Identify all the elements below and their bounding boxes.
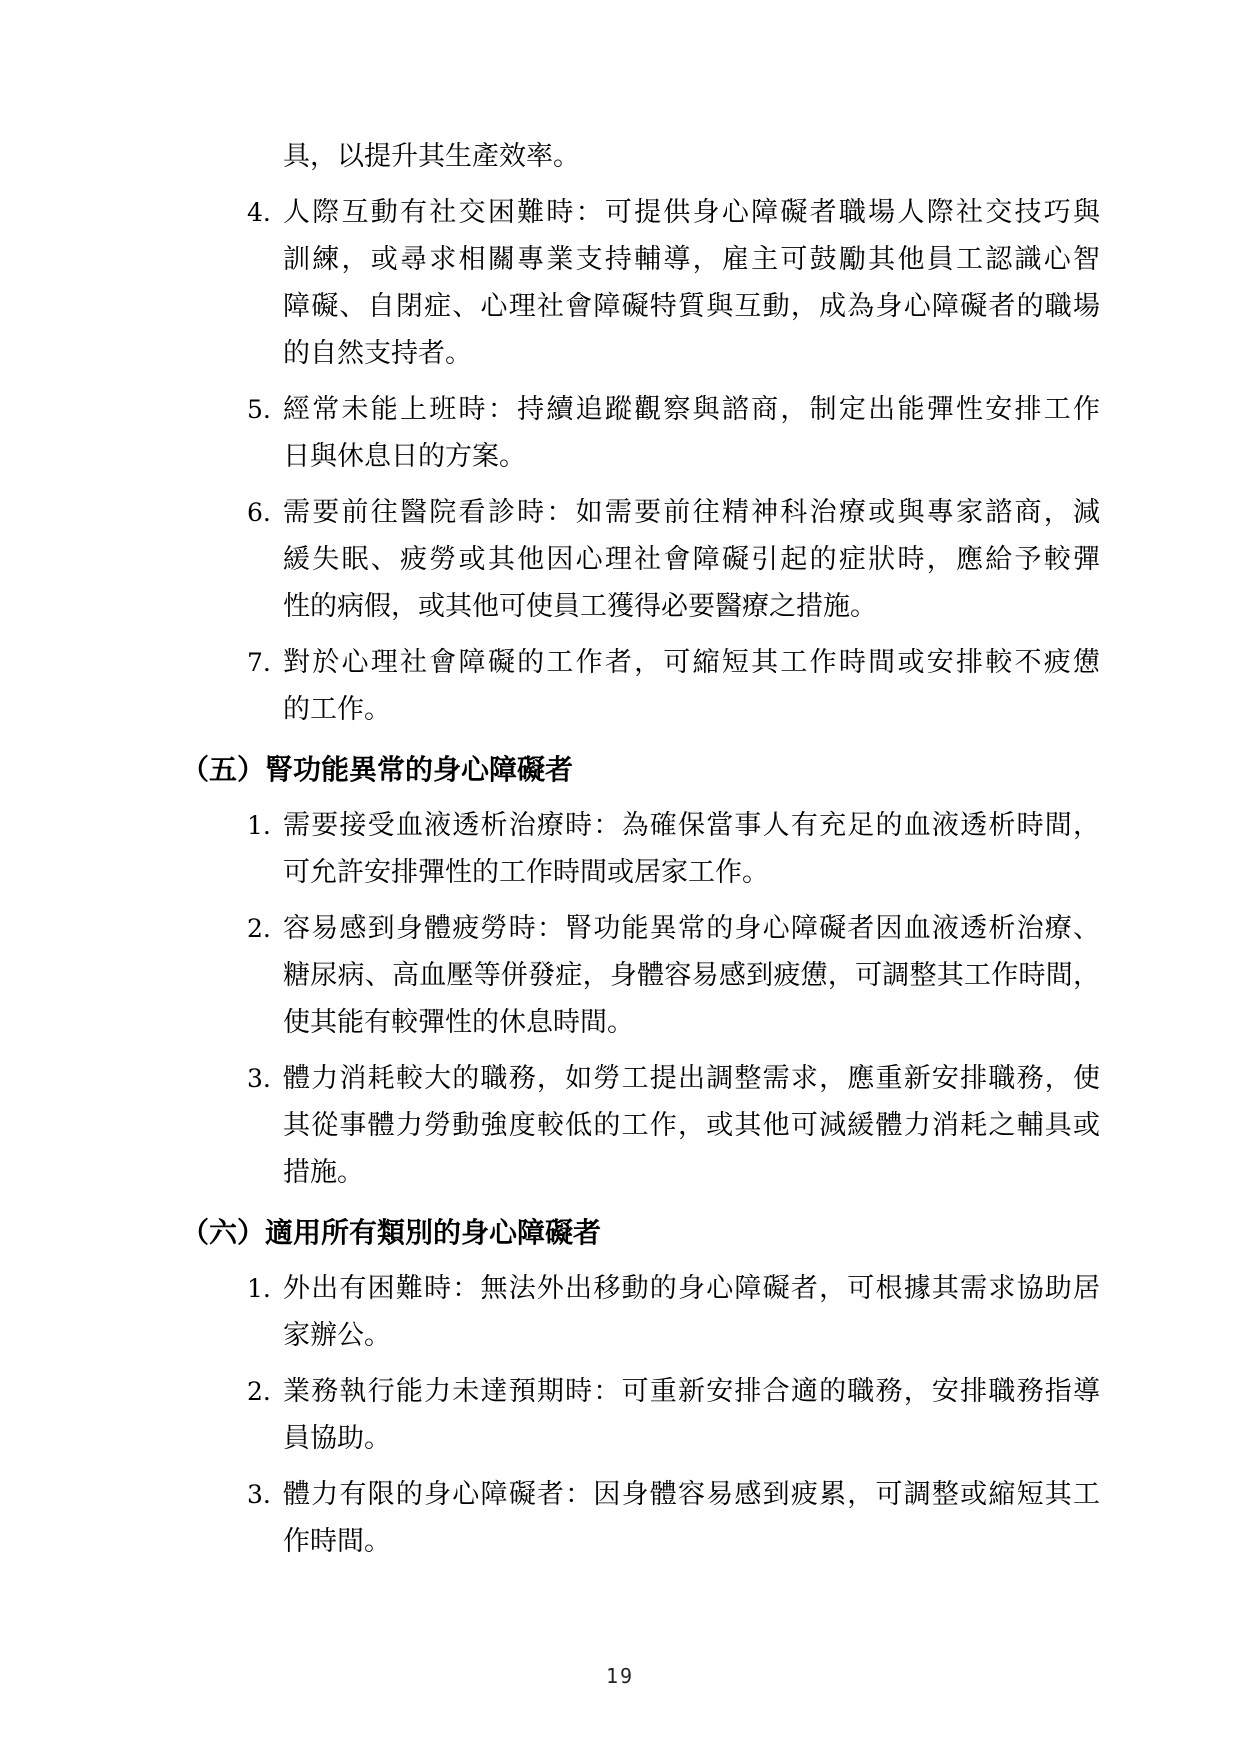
item-line: 訓練，或尋求相關專業支持輔導，雇主可鼓勵其他員工認識心智: [283, 236, 1100, 283]
heading-title: 腎功能異常的身心障礙者: [265, 753, 573, 786]
item-line: 使其能有較彈性的休息時間。: [283, 999, 1100, 1046]
item-number: 3.: [247, 1471, 283, 1518]
item-line: 經常未能上班時：持續追蹤觀察與諮商，制定出能彈性安排工作: [283, 386, 1100, 433]
item-line: 需要接受血液透析治療時：為確保當事人有充足的血液透析時間，: [283, 802, 1100, 849]
item-line: 容易感到身體疲勞時：腎功能異常的身心障礙者因血液透析治療、: [283, 905, 1100, 952]
list-item-6-3: 3. 體力有限的身心障礙者：因身體容易感到疲累，可調整或縮短其工 作時間。: [283, 1471, 1100, 1565]
paragraph-line: 具，以提升其生產效率。: [283, 133, 1100, 180]
item-line: 外出有困難時：無法外出移動的身心障礙者，可根據其需求協助居: [283, 1265, 1100, 1312]
item-line: 性的病假，或其他可使員工獲得必要醫療之措施。: [283, 583, 1100, 630]
item-number: 5.: [247, 386, 283, 433]
item-line: 措施。: [283, 1149, 1100, 1196]
heading-title: 適用所有類別的身心障礙者: [265, 1216, 601, 1249]
item-line: 體力消耗較大的職務，如勞工提出調整需求，應重新安排職務，使: [283, 1055, 1100, 1102]
document-page: 具，以提升其生產效率。 4. 人際互動有社交困難時：可提供身心障礙者職場人際社交…: [0, 0, 1240, 1755]
paragraph-continuation: 具，以提升其生產效率。: [283, 133, 1100, 180]
item-line: 對於心理社會障礙的工作者，可縮短其工作時間或安排較不疲憊: [283, 639, 1100, 686]
list-item-5: 5. 經常未能上班時：持續追蹤觀察與諮商，制定出能彈性安排工作 日與休息日的方案…: [283, 386, 1100, 480]
item-line: 糖尿病、高血壓等併發症，身體容易感到疲憊，可調整其工作時間，: [283, 952, 1100, 999]
list-item-5-2: 2. 容易感到身體疲勞時：腎功能異常的身心障礙者因血液透析治療、 糖尿病、高血壓…: [283, 905, 1100, 1046]
item-number: 4.: [247, 189, 283, 236]
item-number: 6.: [247, 489, 283, 536]
list-item-6-2: 2. 業務執行能力未達預期時：可重新安排合適的職務，安排職務指導 員協助。: [283, 1368, 1100, 1462]
item-line: 日與休息日的方案。: [283, 433, 1100, 480]
item-line: 可允許安排彈性的工作時間或居家工作。: [283, 849, 1100, 896]
item-number: 2.: [247, 905, 283, 952]
item-line: 需要前往醫院看診時：如需要前往精神科治療或與專家諮商，減: [283, 489, 1100, 536]
item-line: 其從事體力勞動強度較低的工作，或其他可減緩體力消耗之輔具或: [283, 1102, 1100, 1149]
item-number: 3.: [247, 1055, 283, 1102]
list-item-5-1: 1. 需要接受血液透析治療時：為確保當事人有充足的血液透析時間， 可允許安排彈性…: [283, 802, 1100, 896]
item-line: 人際互動有社交困難時：可提供身心障礙者職場人際社交技巧與: [283, 189, 1100, 236]
list-item-5-3: 3. 體力消耗較大的職務，如勞工提出調整需求，應重新安排職務，使 其從事體力勞動…: [283, 1055, 1100, 1196]
item-line: 體力有限的身心障礙者：因身體容易感到疲累，可調整或縮短其工: [283, 1471, 1100, 1518]
page-number: 19: [0, 1664, 1240, 1688]
item-line: 業務執行能力未達預期時：可重新安排合適的職務，安排職務指導: [283, 1368, 1100, 1415]
list-item-7: 7. 對於心理社會障礙的工作者，可縮短其工作時間或安排較不疲憊 的工作。: [283, 639, 1100, 733]
heading-label: （六）: [181, 1216, 265, 1249]
section-heading-five: （五）腎功能異常的身心障礙者: [181, 746, 1100, 793]
heading-label: （五）: [181, 753, 265, 786]
item-line: 家辦公。: [283, 1312, 1100, 1359]
list-item-4: 4. 人際互動有社交困難時：可提供身心障礙者職場人際社交技巧與 訓練，或尋求相關…: [283, 189, 1100, 377]
page-content: 具，以提升其生產效率。 4. 人際互動有社交困難時：可提供身心障礙者職場人際社交…: [187, 133, 1100, 1565]
list-item-6-1: 1. 外出有困難時：無法外出移動的身心障礙者，可根據其需求協助居 家辦公。: [283, 1265, 1100, 1359]
item-number: 1.: [247, 802, 283, 849]
item-number: 7.: [247, 639, 283, 686]
item-line: 作時間。: [283, 1518, 1100, 1565]
item-number: 2.: [247, 1368, 283, 1415]
item-line: 障礙、自閉症、心理社會障礙特質與互動，成為身心障礙者的職場: [283, 283, 1100, 330]
section-heading-six: （六）適用所有類別的身心障礙者: [181, 1209, 1100, 1256]
list-item-6: 6. 需要前往醫院看診時：如需要前往精神科治療或與專家諮商，減 緩失眠、疲勞或其…: [283, 489, 1100, 630]
item-line: 的自然支持者。: [283, 330, 1100, 377]
item-line: 員協助。: [283, 1415, 1100, 1462]
item-number: 1.: [247, 1265, 283, 1312]
item-line: 緩失眠、疲勞或其他因心理社會障礙引起的症狀時，應給予較彈: [283, 536, 1100, 583]
item-line: 的工作。: [283, 686, 1100, 733]
